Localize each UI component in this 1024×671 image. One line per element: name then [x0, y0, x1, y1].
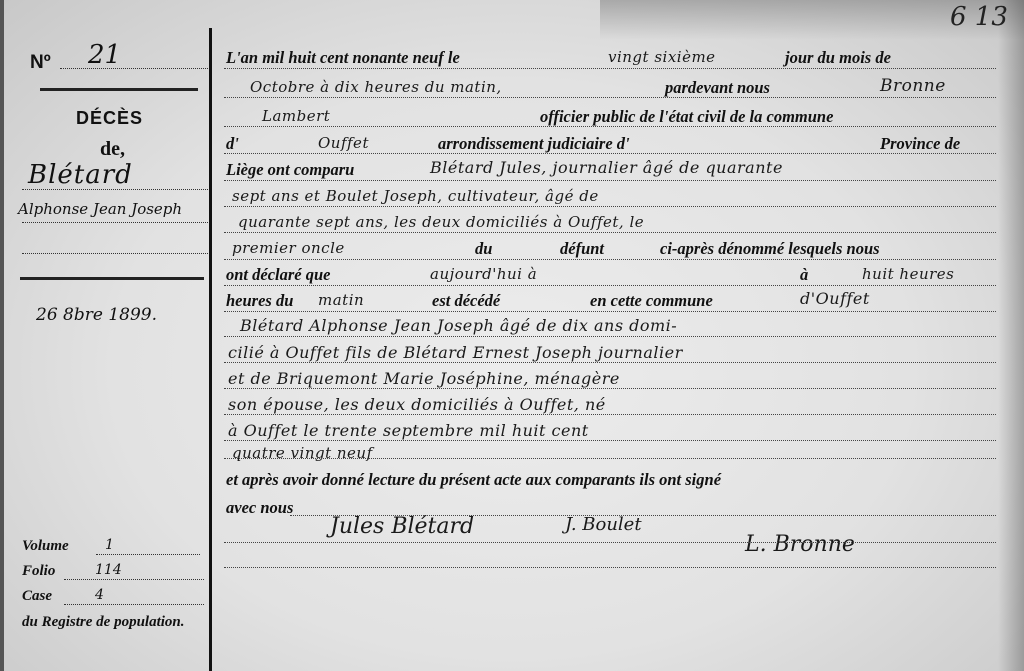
printed-text: en cette commune	[590, 291, 713, 311]
deceased-first-names: Alphonse Jean Joseph	[18, 200, 182, 218]
printed-text: et après avoir donné lecture du présent …	[226, 470, 721, 490]
printed-text: est décédé	[432, 291, 500, 311]
dotted-line	[224, 414, 996, 415]
dotted-line	[224, 153, 996, 154]
handwritten-entry: Bronne	[880, 76, 946, 96]
volume-value: 1	[105, 537, 114, 553]
dotted-line	[224, 567, 996, 568]
printed-text: arrondissement judiciaire d'	[438, 134, 630, 154]
printed-text: jour du mois de	[785, 48, 891, 68]
dotted-line	[22, 189, 208, 190]
section-subtitle: de,	[100, 138, 125, 161]
handwritten-entry: à Ouffet le trente septembre mil huit ce…	[228, 421, 589, 440]
printed-text: Liège ont comparu	[226, 160, 354, 180]
dotted-line	[224, 440, 996, 441]
handwritten-entry: sept ans et Boulet Joseph, cultivateur, …	[232, 187, 599, 205]
signature-declarant-2: J. Boulet	[565, 514, 642, 535]
dotted-line	[22, 253, 208, 254]
dotted-line	[224, 458, 996, 459]
dotted-line	[224, 388, 996, 389]
dotted-line	[64, 604, 204, 605]
divider	[40, 88, 198, 91]
handwritten-entry: Blétard Alphonse Jean Joseph âgé de dix …	[240, 316, 677, 335]
case-label: Case	[22, 588, 52, 605]
dotted-line	[224, 206, 996, 207]
printed-text: du	[475, 239, 492, 259]
dotted-line	[224, 232, 996, 233]
margin-date: 26 8bre 1899.	[36, 305, 157, 325]
divider	[20, 277, 204, 280]
handwritten-entry: Lambert	[262, 107, 330, 125]
printed-text: L'an mil huit cent nonante neuf le	[226, 48, 460, 68]
handwritten-entry: premier oncle	[232, 239, 345, 257]
dotted-line	[224, 180, 996, 181]
printed-text: ont déclaré que	[226, 265, 331, 285]
printed-text: d'	[226, 134, 239, 154]
record-number-value: 21	[88, 40, 121, 70]
case-value: 4	[95, 587, 104, 603]
volume-label: Volume	[22, 538, 69, 555]
margin-column: Nº 21 DÉCÈS de, Blétard Alphonse Jean Jo…	[0, 0, 209, 671]
printed-text: avec nous	[226, 498, 293, 518]
printed-text: à	[800, 265, 808, 285]
dotted-line	[224, 336, 996, 337]
dotted-line	[60, 68, 208, 69]
signature-declarant-1: Jules Blétard	[330, 514, 474, 539]
folio-value: 114	[95, 562, 122, 578]
handwritten-entry: et de Briquemont Marie Joséphine, ménagè…	[228, 369, 620, 388]
signature-officer: L. Bronne	[745, 532, 855, 557]
dotted-line	[224, 542, 996, 543]
dotted-line	[64, 579, 204, 580]
handwritten-entry: son épouse, les deux domiciliés à Ouffet…	[228, 395, 606, 414]
printed-text: Province de	[880, 134, 960, 154]
printed-text: officier public de l'état civil de la co…	[540, 107, 833, 127]
folio-label: Folio	[22, 563, 55, 580]
handwritten-entry: vingt sixième	[608, 48, 716, 66]
dotted-line	[224, 68, 996, 69]
scan-shadow-right	[998, 0, 1024, 671]
record-number-label: Nº	[30, 52, 51, 74]
handwritten-entry: Octobre à dix heures du matin,	[250, 78, 502, 96]
dotted-line	[224, 126, 996, 127]
printed-text: heures du	[226, 291, 293, 311]
printed-text: défunt	[560, 239, 604, 259]
handwritten-entry: quarante sept ans, les deux domiciliés à…	[238, 213, 644, 231]
handwritten-entry: cilié à Ouffet fils de Blétard Ernest Jo…	[228, 343, 683, 362]
handwritten-entry: Ouffet	[318, 134, 369, 152]
dotted-line	[96, 554, 200, 555]
dotted-line	[22, 222, 208, 223]
dotted-line	[224, 362, 996, 363]
dotted-line	[224, 311, 996, 312]
dotted-line	[224, 97, 996, 98]
handwritten-entry: huit heures	[862, 265, 954, 283]
dotted-line	[224, 285, 996, 286]
section-title: DÉCÈS	[76, 108, 143, 129]
handwritten-entry: quatre vingt neuf	[232, 444, 373, 462]
printed-text: pardevant nous	[665, 78, 770, 98]
column-divider	[209, 28, 212, 671]
register-footer: du Registre de population.	[22, 614, 185, 631]
deceased-surname: Blétard	[28, 160, 133, 190]
dotted-line	[224, 259, 996, 260]
handwritten-entry: matin	[318, 291, 364, 309]
corner-annotation: 6 13	[950, 2, 1008, 32]
printed-text: ci-après dénommé lesquels nous	[660, 239, 880, 259]
handwritten-entry: Blétard Jules, journalier âgé de quarant…	[430, 158, 783, 177]
handwritten-entry: aujourd'hui à	[430, 265, 537, 283]
handwritten-entry: d'Ouffet	[800, 289, 870, 308]
